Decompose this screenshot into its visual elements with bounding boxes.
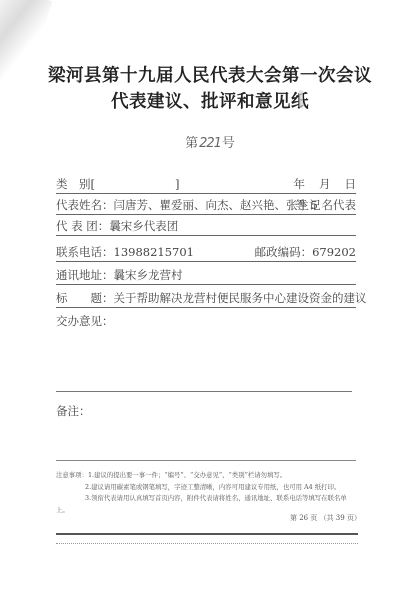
- notes-item-3: 3.领衔代表请用认真填写首页内容，附件代表请将姓名、通讯地址、联系电话等填写在联…: [56, 493, 358, 505]
- footer-dotted-divider: [56, 543, 358, 544]
- phone-value[interactable]: 13988215701: [114, 245, 194, 259]
- category-open-bracket: [: [91, 177, 96, 191]
- postal-code-field: 邮政编码：679202: [255, 243, 356, 261]
- category-label: 类 别: [56, 177, 91, 191]
- address-row: 通讯地址：曩宋乡龙营村: [56, 266, 356, 285]
- scan-mark: [299, 90, 303, 108]
- month-label: 月: [319, 177, 331, 191]
- notes-item-2: 2.建议请用碳素笔或钢笔填写，字迹工整清晰，内容可用建议专用纸，也可用 A4 纸…: [56, 482, 358, 494]
- phone-label: 联系电话：: [56, 245, 114, 259]
- document-subtitle: 代表建议、批评和意见纸: [0, 88, 420, 113]
- assignment-opinion-label: 交办意见：: [56, 313, 114, 329]
- serial-number: 第221号: [0, 132, 420, 151]
- address-value[interactable]: 曩宋乡龙营村: [114, 268, 183, 282]
- delegation-value[interactable]: 曩宋乡代表团: [109, 219, 178, 233]
- assignment-opinion-divider: [56, 391, 352, 392]
- notes-item-1: 注意事项：1.建议的提出要一事一件；“编号”、“交办意见”、“类别”栏请勿填写。: [56, 470, 358, 482]
- notes-label: 注意事项：: [56, 471, 88, 479]
- subject-label: 标 题：: [56, 291, 114, 305]
- address-label: 通讯地址：: [56, 268, 114, 282]
- subject-row: 标 题：关于帮助解决龙营村便民服务中心建设资金的建议: [56, 289, 356, 308]
- category-close-bracket: ]: [175, 177, 180, 191]
- serial-prefix: 第: [185, 136, 198, 151]
- remarks-divider: [56, 460, 356, 461]
- delegation-label: 代 表 团：: [56, 219, 109, 233]
- representatives-count: 等 5 名代表: [295, 196, 356, 214]
- serial-suffix: 号: [222, 136, 235, 151]
- remarks-label: 备注：: [56, 403, 91, 419]
- postal-code-value[interactable]: 679202: [312, 245, 356, 259]
- contact-row: 联系电话：13988215701 邮政编码：679202: [56, 243, 356, 262]
- day-label: 日: [345, 177, 357, 191]
- representatives-row: 代表姓名：闫唐芳、瞿爱丽、向杰、赵兴艳、张生记 等 5 名代表: [56, 196, 356, 215]
- subject-value[interactable]: 关于帮助解决龙营村便民服务中心建设资金的建议: [114, 291, 367, 305]
- delegation-row: 代 表 团：曩宋乡代表团: [56, 217, 356, 236]
- postal-code-label: 邮政编码：: [255, 245, 313, 259]
- page-number: 第 26 页 （共 39 页）: [290, 513, 361, 523]
- representatives-label: 代表姓名：: [56, 198, 114, 212]
- footer-divider: [56, 533, 358, 535]
- year-label: 年: [294, 177, 306, 191]
- category-row: 类 别[] 年月日: [56, 175, 356, 194]
- notes-section: 注意事项：1.建议的提出要一事一件；“编号”、“交办意见”、“类别”栏请勿填写。…: [56, 470, 358, 516]
- serial-number-value[interactable]: 221: [199, 136, 221, 151]
- representatives-value[interactable]: 闫唐芳、瞿爱丽、向杰、赵兴艳、张生记: [114, 198, 321, 212]
- date-field[interactable]: 年月日: [280, 175, 357, 193]
- document-title: 梁河县第十九届人民代表大会第一次会议: [0, 62, 420, 87]
